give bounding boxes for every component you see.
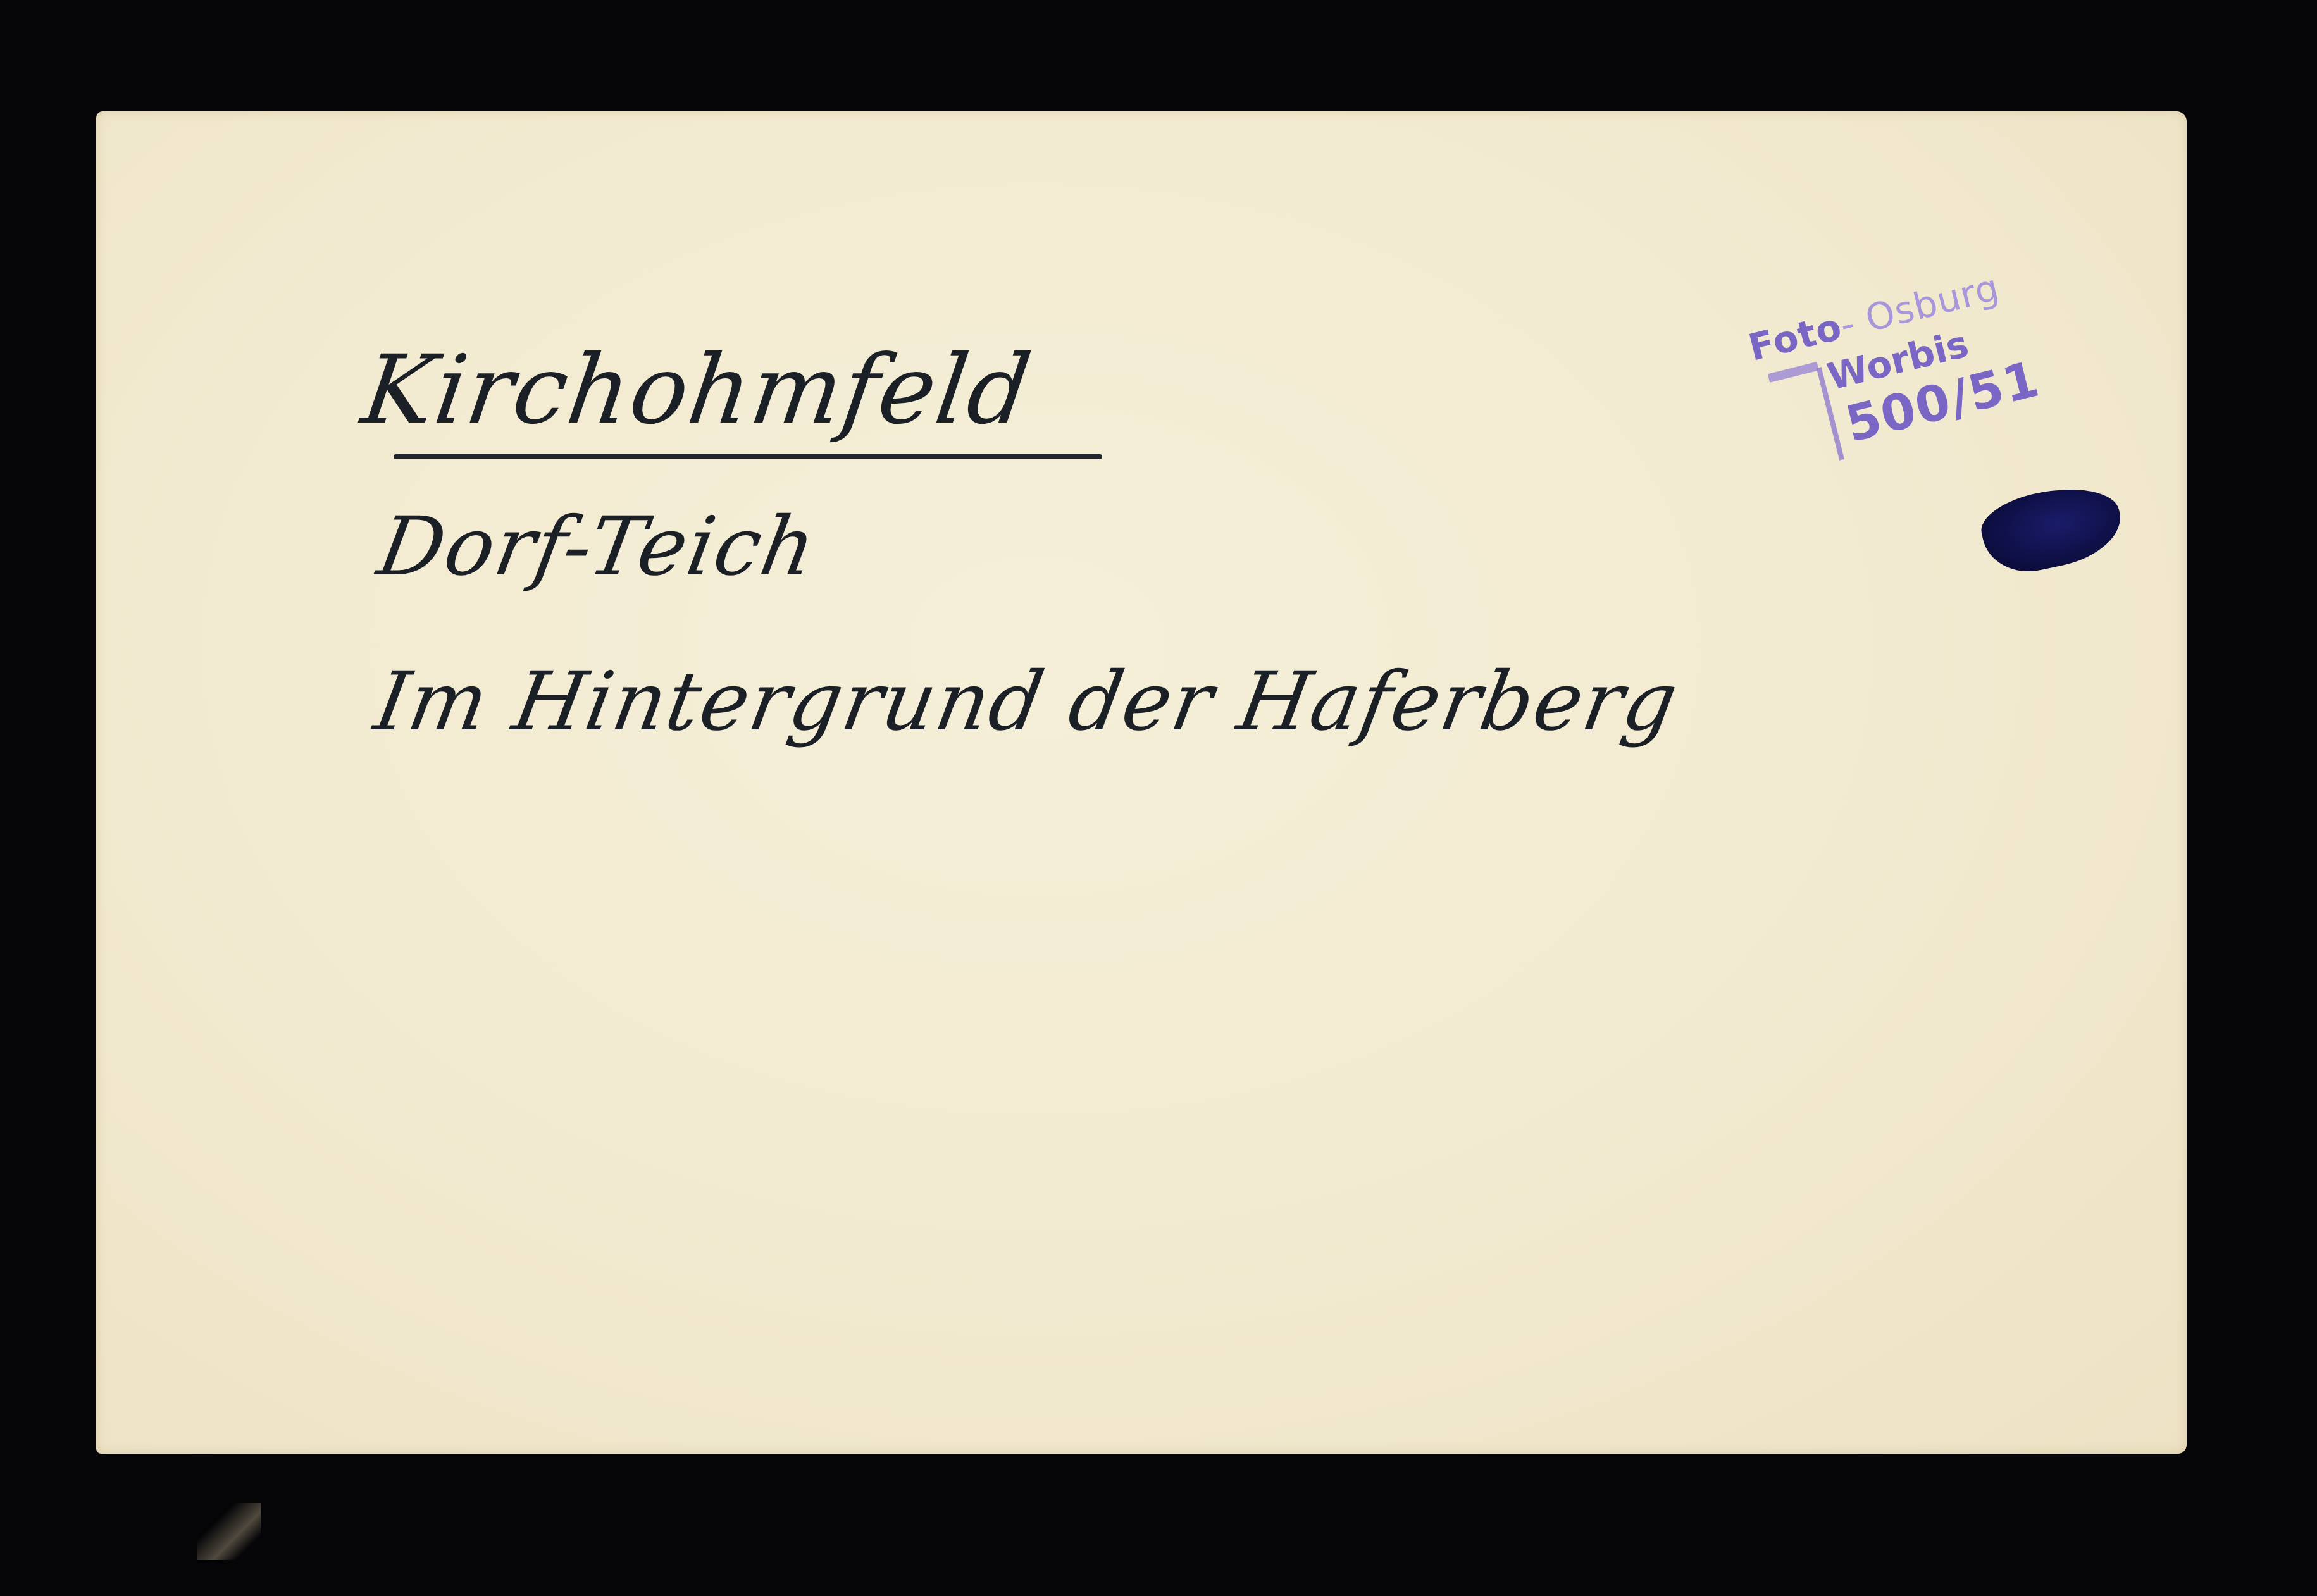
handwritten-description: Im Hintergrund der Haferberg (368, 655, 1686, 749)
stamp-bracket-mark (1768, 362, 1823, 401)
corner-scuff (197, 1503, 261, 1560)
title-underline (394, 454, 1102, 459)
handwritten-subtitle: Dorf-Teich (371, 500, 824, 594)
handwritten-title: Kirchohmfeld (356, 335, 1038, 445)
